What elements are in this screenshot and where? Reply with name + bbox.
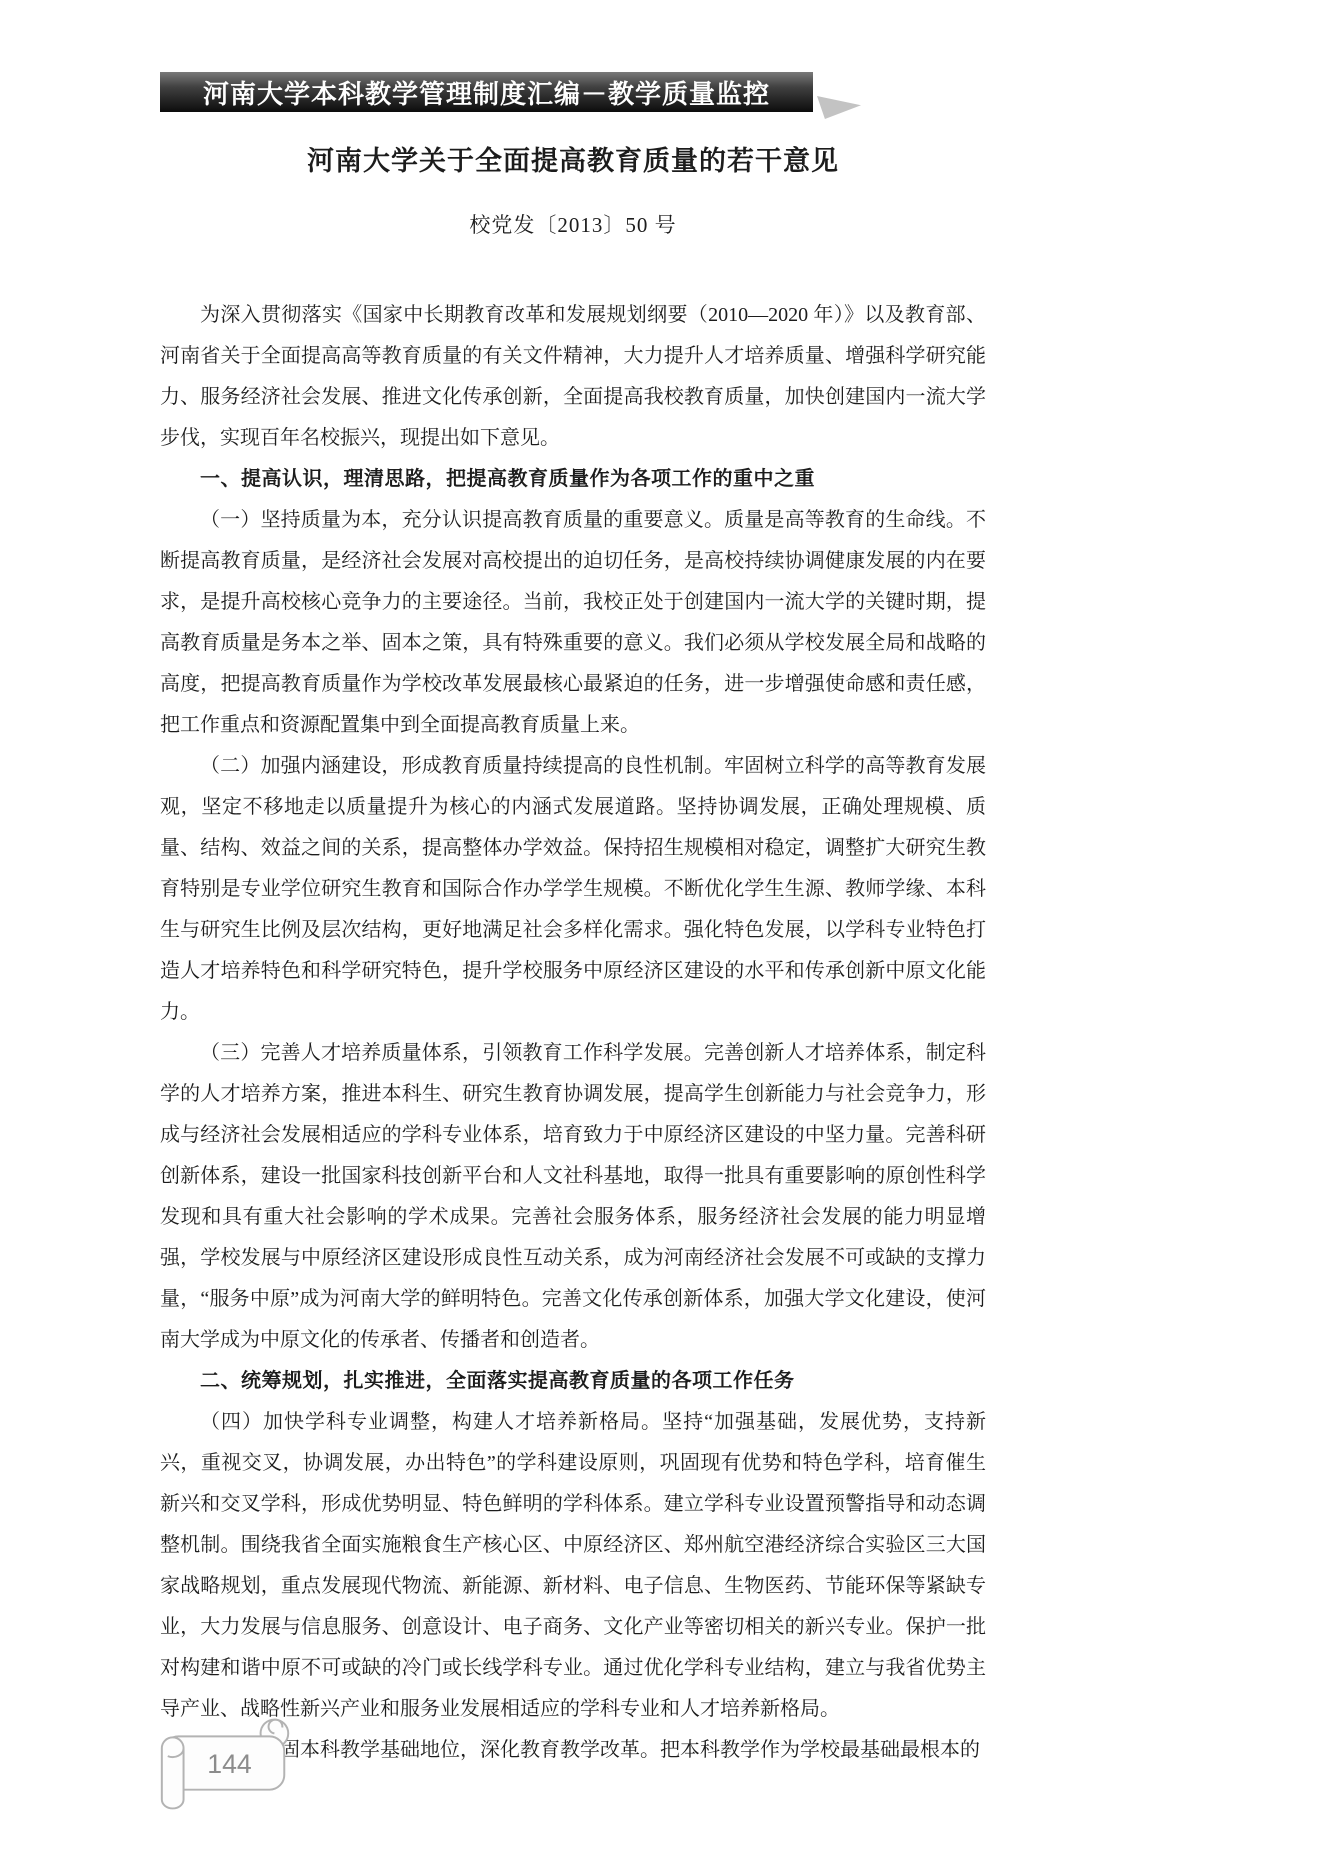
document-page: 河南大学本科教学管理制度汇编－教学质量监控 河南大学关于全面提高教育质量的若干意… xyxy=(0,0,1323,1871)
section-heading-one: 一、提高认识，理清思路，把提高教育质量作为各项工作的重中之重 xyxy=(160,459,986,500)
paragraph-item-2: （二）加强内涵建设，形成教育质量持续提高的良性机制。牢固树立科学的高等教育发展观… xyxy=(160,746,986,1033)
page-number: 144 xyxy=(207,1749,252,1779)
paragraph-item-1: （一）坚持质量为本，充分认识提高教育质量的重要意义。质量是高等教育的生命线。不断… xyxy=(160,500,986,746)
section-heading-two: 二、统筹规划，扎实推进，全面落实提高教育质量的各项工作任务 xyxy=(160,1361,986,1402)
page-content: 河南大学本科教学管理制度汇编－教学质量监控 河南大学关于全面提高教育质量的若干意… xyxy=(160,72,986,1771)
paragraph-item-3: （三）完善人才培养质量体系，引领教育工作科学发展。完善创新人才培养体系，制定科学… xyxy=(160,1033,986,1361)
header-banner-title: 河南大学本科教学管理制度汇编－教学质量监控 xyxy=(203,74,770,111)
page-number-scroll: 144 xyxy=(148,1706,306,1822)
document-title: 河南大学关于全面提高教育质量的若干意见 xyxy=(160,139,986,178)
banner-arrow-icon xyxy=(817,96,861,119)
paragraph-intro: 为深入贯彻落实《国家中长期教育改革和发展规划纲要（2010—2020 年）》以及… xyxy=(160,295,986,459)
paragraph-item-4: （四）加快学科专业调整，构建人才培养新格局。坚持“加强基础，发展优势，支持新兴，… xyxy=(160,1402,986,1730)
document-body: 为深入贯彻落实《国家中长期教育改革和发展规划纲要（2010—2020 年）》以及… xyxy=(160,295,986,1771)
header-banner: 河南大学本科教学管理制度汇编－教学质量监控 xyxy=(160,72,813,112)
scroll-icon: 144 xyxy=(148,1706,306,1822)
document-number: 校党发〔2013〕50 号 xyxy=(160,209,986,239)
